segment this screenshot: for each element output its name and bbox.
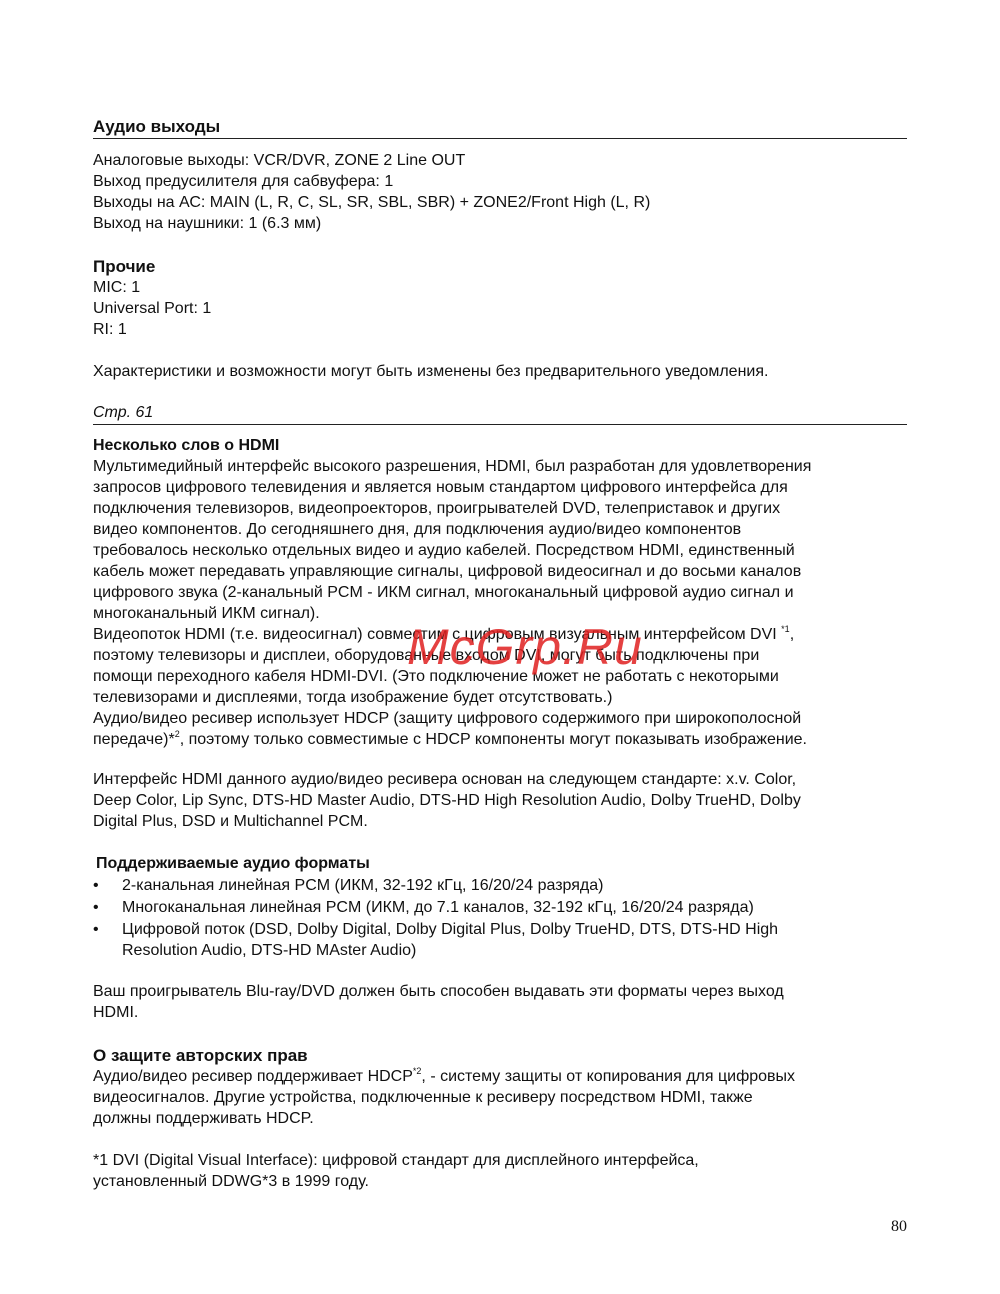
text: , - систему защиты от копирования для ци… — [421, 1068, 795, 1085]
bullet-icon: • — [93, 897, 99, 918]
text: Многоканальная линейная PCM (ИКМ, до 7.1… — [122, 897, 754, 918]
section-divider — [93, 138, 907, 139]
spec-line: Выходы на АС: MAIN (L, R, C, SL, SR, SBL… — [93, 192, 650, 213]
text: Resolution Audio, DTS-HD MAster Audio) — [122, 940, 416, 961]
text: , — [790, 626, 794, 643]
hdmi-paragraph-2-line: передаче)*2, поэтому только совместимые … — [93, 729, 807, 750]
spec-line: Аналоговые выходы: VCR/DVR, ZONE 2 Line … — [93, 150, 465, 171]
hdmi-paragraph-1-line: подключения телевизоров, видеопроекторов… — [93, 498, 780, 519]
copyright-line: видеосигналов. Другие устройства, подклю… — [93, 1087, 753, 1108]
spec-line: Выход предусилителя для сабвуфера: 1 — [93, 171, 393, 192]
copyright-line: должны поддерживать HDCP. — [93, 1108, 314, 1129]
text: передаче)* — [93, 731, 175, 748]
hdmi-paragraph-1-line: видео компонентов. До сегодняшнего дня, … — [93, 519, 741, 540]
text: Цифровой поток (DSD, Dolby Digital, Dolb… — [122, 919, 778, 940]
spec-line: Выход на наушники: 1 (6.3 мм) — [93, 213, 321, 234]
section-title-other: Прочие — [93, 256, 155, 277]
spec-line: RI: 1 — [93, 319, 127, 340]
hdmi-paragraph-2-line: Аудио/видео ресивер использует HDCP (защ… — [93, 708, 801, 729]
hdmi-paragraph-1-line: многоканальный ИКМ сигнал). — [93, 603, 320, 624]
section-title-formats: Поддерживаемые аудио форматы — [96, 853, 370, 874]
text: Видеопоток HDMI (т.е. видеосигнал) совме… — [93, 626, 781, 643]
section-title-copyright: О защите авторских прав — [93, 1045, 308, 1066]
player-note-line: HDMI. — [93, 1002, 138, 1023]
spec-line: MIC: 1 — [93, 277, 140, 298]
section-title-hdmi: Несколько слов о HDMI — [93, 435, 279, 456]
page-reference: Стр. 61 — [93, 402, 153, 423]
bullet-icon: • — [93, 875, 99, 896]
hdmi-paragraph-3-line: Deep Color, Lip Sync, DTS-HD Master Audi… — [93, 790, 801, 811]
text: , поэтому только совместимые с HDCP комп… — [180, 731, 807, 748]
hdmi-paragraph-1-line: Мультимедийный интерфейс высокого разреш… — [93, 456, 811, 477]
hdmi-paragraph-1-line: запросов цифрового телевидения и являетс… — [93, 477, 788, 498]
footnote-line: установленный DDWG*3 в 1999 году. — [93, 1171, 369, 1192]
hdmi-paragraph-3-line: Digital Plus, DSD и Multichannel PCM. — [93, 811, 368, 832]
spec-line: Universal Port: 1 — [93, 298, 211, 319]
hdmi-paragraph-1-line: требовалось несколько отдельных видео и … — [93, 540, 795, 561]
hdmi-paragraph-1-line: цифрового звука (2-канальный PCM - ИКМ с… — [93, 582, 794, 603]
footnote-ref: *1 — [781, 624, 790, 634]
hdmi-paragraph-2-line: помощи переходного кабеля HDMI-DVI. (Это… — [93, 666, 779, 687]
page-number: 80 — [891, 1218, 907, 1236]
hdmi-paragraph-1-line: кабель может передавать управляющие сигн… — [93, 561, 801, 582]
disclaimer-note: Характеристики и возможности могут быть … — [93, 361, 768, 382]
hdmi-paragraph-2-line: Видеопоток HDMI (т.е. видеосигнал) совме… — [93, 624, 794, 645]
text: 2-канальная линейная PCM (ИКМ, 32-192 кГ… — [122, 875, 604, 896]
section-divider — [93, 424, 907, 425]
bullet-icon: • — [93, 919, 99, 940]
hdmi-paragraph-3-line: Интерфейс HDMI данного аудио/видео ресив… — [93, 769, 796, 790]
hdmi-paragraph-2-line: телевизорами и дисплеями, тогда изображе… — [93, 687, 612, 708]
text: Аудио/видео ресивер поддерживает HDCP — [93, 1068, 413, 1085]
copyright-line: Аудио/видео ресивер поддерживает HDCP*2,… — [93, 1066, 795, 1087]
hdmi-paragraph-2-line: поэтому телевизоры и дисплеи, оборудован… — [93, 645, 759, 666]
footnote-line: *1 DVI (Digital Visual Interface): цифро… — [93, 1150, 699, 1171]
section-title-audio-outputs: Аудио выходы — [93, 116, 220, 137]
player-note-line: Ваш проигрыватель Blu-ray/DVD должен быт… — [93, 981, 784, 1002]
